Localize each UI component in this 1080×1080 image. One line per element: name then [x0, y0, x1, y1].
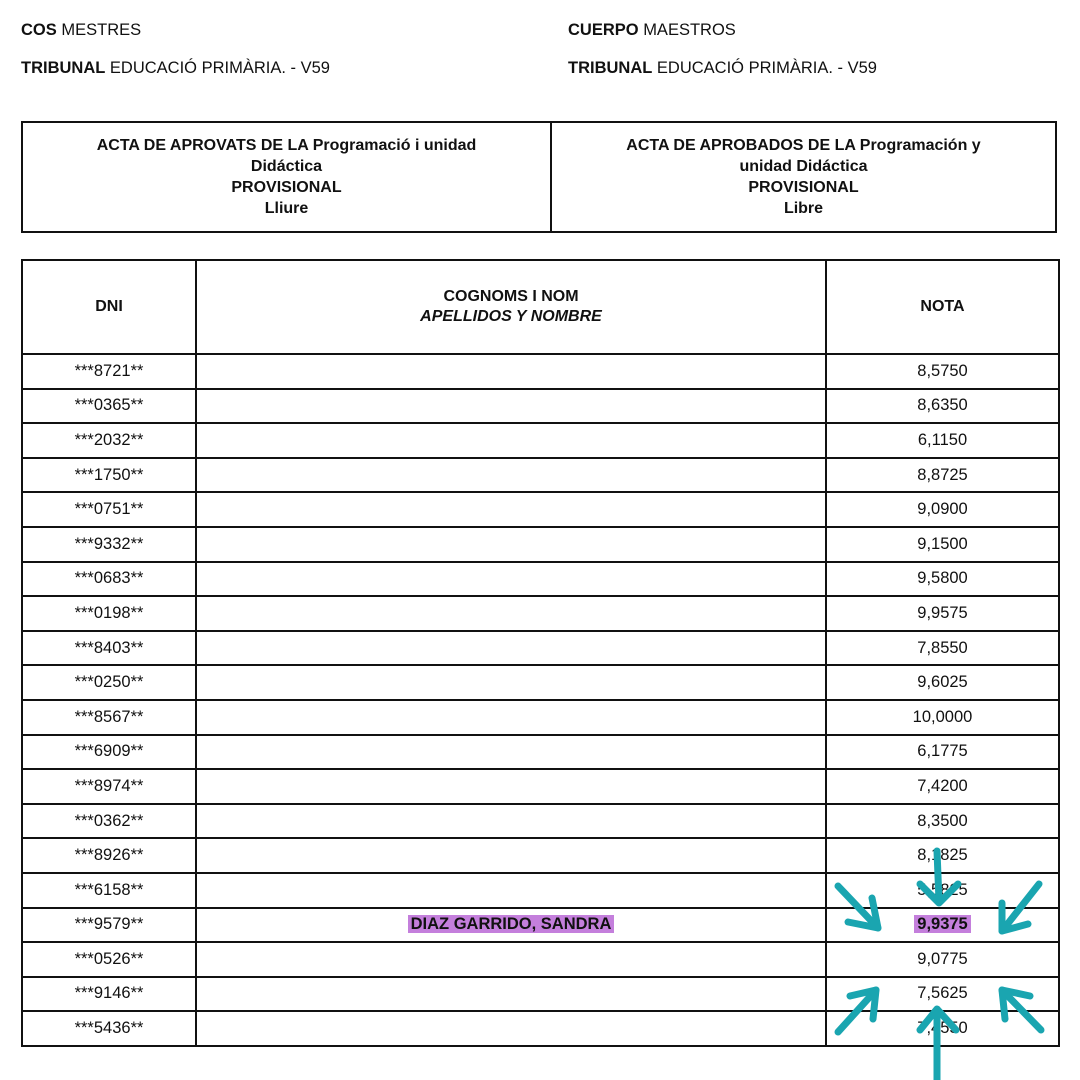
table-header-row: DNI COGNOMS I NOM APELLIDOS Y NOMBRE NOT… [22, 260, 1059, 354]
cell-nota: 6,1775 [826, 735, 1059, 770]
cell-name [196, 665, 826, 700]
cell-dni-text: ***8974** [75, 777, 144, 795]
cell-dni: ***0526** [22, 942, 196, 977]
cell-nota: 8,3500 [826, 804, 1059, 839]
cell-name [196, 804, 826, 839]
cell-dni: ***8974** [22, 769, 196, 804]
cell-nota-text: 9,5800 [917, 569, 967, 587]
cell-name [196, 1011, 826, 1046]
cell-dni-text: ***0751** [75, 500, 144, 518]
cell-nota-text: 6,1775 [917, 742, 967, 760]
column-header-nota: NOTA [826, 260, 1059, 354]
cell-dni-text: ***8567** [75, 708, 144, 726]
cell-dni: ***8567** [22, 700, 196, 735]
header-left-text2: EDUCACIÓ PRIMÀRIA. - V59 [110, 59, 330, 77]
table-body: ***8721**8,5750***0365**8,6350***2032**6… [22, 354, 1059, 1046]
cell-nota-text: 7,4200 [917, 777, 967, 795]
table-row: ***0683**9,5800 [22, 562, 1059, 597]
table-row: ***0250**9,6025 [22, 665, 1059, 700]
header-left-line2: TRIBUNAL EDUCACIÓ PRIMÀRIA. - V59 [21, 58, 330, 78]
header-right-text1: MAESTROS [643, 21, 736, 39]
cell-dni-text: ***9332** [75, 535, 144, 553]
cell-nota-text: 7,4550 [917, 1019, 967, 1037]
title-catalan: ACTA DE APROVATS DE LA Programació i uni… [23, 123, 550, 231]
title-es-access: Libre [784, 198, 823, 219]
title-ca-line2: Didáctica [251, 156, 322, 177]
cell-dni-text: ***0198** [75, 604, 144, 622]
cell-nota: 7,8550 [826, 631, 1059, 666]
cell-dni: ***5436** [22, 1011, 196, 1046]
cell-dni-text: ***1750** [75, 466, 144, 484]
title-ca-status: PROVISIONAL [231, 177, 341, 198]
cell-name [196, 631, 826, 666]
cell-name [196, 942, 826, 977]
cell-dni-text: ***2032** [75, 431, 144, 449]
header-right-line2: TRIBUNAL EDUCACIÓ PRIMÀRIA. - V59 [568, 58, 877, 78]
cell-nota: 9,0900 [826, 492, 1059, 527]
cell-dni: ***6909** [22, 735, 196, 770]
table-row: ***9146**7,5625 [22, 977, 1059, 1012]
table-row: ***0365**8,6350 [22, 389, 1059, 424]
cell-nota: 7,4550 [826, 1011, 1059, 1046]
table-row: ***9332**9,1500 [22, 527, 1059, 562]
cell-nota: 9,5800 [826, 562, 1059, 597]
cell-name [196, 700, 826, 735]
title-es-line1: ACTA DE APROBADOS DE LA Programación y [626, 135, 980, 156]
cell-nota-text: 7,8550 [917, 639, 967, 657]
cell-nota-text: 8,6350 [917, 396, 967, 414]
cell-dni-text: ***9579** [75, 915, 144, 933]
cell-dni: ***1750** [22, 458, 196, 493]
cell-name [196, 389, 826, 424]
cell-nota: 6,1150 [826, 423, 1059, 458]
cell-dni-text: ***8926** [75, 846, 144, 864]
header-right-text2: EDUCACIÓ PRIMÀRIA. - V59 [657, 59, 877, 77]
cell-dni-text: ***8721** [75, 362, 144, 380]
cell-dni-text: ***0250** [75, 673, 144, 691]
cell-dni-text: ***6158** [75, 881, 144, 899]
table-row: ***8403**7,8550 [22, 631, 1059, 666]
cell-nota: 7,4200 [826, 769, 1059, 804]
cell-nota: 9,9375 [826, 908, 1059, 943]
cell-dni: ***0751** [22, 492, 196, 527]
cell-nota: 9,1500 [826, 527, 1059, 562]
header-left-bold2: TRIBUNAL [21, 59, 105, 77]
cell-dni: ***8926** [22, 838, 196, 873]
cell-name [196, 838, 826, 873]
title-es-line2: unidad Didáctica [739, 156, 867, 177]
cell-nota: 7,5625 [826, 977, 1059, 1012]
column-header-name-ca: COGNOMS I NOM [197, 287, 825, 307]
cell-dni: ***0683** [22, 562, 196, 597]
cell-nota-text: 10,0000 [913, 708, 973, 726]
cell-nota-text: 9,0900 [917, 500, 967, 518]
cell-name [196, 562, 826, 597]
cell-nota-text: 9,9575 [917, 604, 967, 622]
title-ca-line1: ACTA DE APROVATS DE LA Programació i uni… [97, 135, 477, 156]
header-right-bold1: CUERPO [568, 21, 639, 39]
cell-nota-text: 8,3500 [917, 812, 967, 830]
table-row: ***2032**6,1150 [22, 423, 1059, 458]
cell-dni-text: ***8403** [75, 639, 144, 657]
column-header-name-es: APELLIDOS Y NOMBRE [420, 308, 602, 325]
table-row: ***9579**DIAZ GARRIDO, SANDRA9,9375 [22, 908, 1059, 943]
cell-nota-text: 9,1500 [917, 535, 967, 553]
cell-nota-text: 8,8725 [917, 466, 967, 484]
title-spanish: ACTA DE APROBADOS DE LA Programación y u… [550, 123, 1055, 231]
grades-table: DNI COGNOMS I NOM APELLIDOS Y NOMBRE NOT… [21, 259, 1060, 1047]
cell-dni: ***9146** [22, 977, 196, 1012]
cell-dni: ***9579** [22, 908, 196, 943]
cell-nota-text: 8,1825 [917, 846, 967, 864]
cell-name [196, 458, 826, 493]
cell-name-text: DIAZ GARRIDO, SANDRA [408, 915, 615, 933]
cell-dni: ***0365** [22, 389, 196, 424]
cell-name [196, 423, 826, 458]
header-left-text1: MESTRES [61, 21, 141, 39]
cell-name [196, 527, 826, 562]
cell-nota-text: 7,5625 [917, 984, 967, 1002]
column-header-name: COGNOMS I NOM APELLIDOS Y NOMBRE [196, 260, 826, 354]
cell-dni: ***2032** [22, 423, 196, 458]
cell-dni-text: ***6909** [75, 742, 144, 760]
header-left-line1: COS MESTRES [21, 20, 141, 40]
table-row: ***8926**8,1825 [22, 838, 1059, 873]
cell-name [196, 769, 826, 804]
cell-dni-text: ***0365** [75, 396, 144, 414]
cell-dni: ***0198** [22, 596, 196, 631]
table-row: ***8721**8,5750 [22, 354, 1059, 389]
cell-nota: 8,6350 [826, 389, 1059, 424]
cell-dni: ***8403** [22, 631, 196, 666]
table-row: ***0751**9,0900 [22, 492, 1059, 527]
table-row: ***8567**10,0000 [22, 700, 1059, 735]
cell-nota: 9,6025 [826, 665, 1059, 700]
cell-nota-text: 9,6025 [917, 673, 967, 691]
cell-dni: ***9332** [22, 527, 196, 562]
cell-name [196, 354, 826, 389]
table-row: ***0526**9,0775 [22, 942, 1059, 977]
table-row: ***0198**9,9575 [22, 596, 1059, 631]
cell-dni-text: ***9146** [75, 984, 144, 1002]
table-row: ***8974**7,4200 [22, 769, 1059, 804]
cell-dni: ***0250** [22, 665, 196, 700]
cell-nota: 9,9575 [826, 596, 1059, 631]
cell-dni: ***0362** [22, 804, 196, 839]
table-row: ***1750**8,8725 [22, 458, 1059, 493]
cell-name [196, 492, 826, 527]
cell-dni: ***6158** [22, 873, 196, 908]
cell-dni-text: ***0526** [75, 950, 144, 968]
table-row: ***0362**8,3500 [22, 804, 1059, 839]
table-row: ***6909**6,1775 [22, 735, 1059, 770]
cell-dni-text: ***0362** [75, 812, 144, 830]
cell-nota-text: 6,1150 [918, 431, 967, 449]
cell-nota: 10,0000 [826, 700, 1059, 735]
header-right-line1: CUERPO MAESTROS [568, 20, 736, 40]
cell-dni: ***8721** [22, 354, 196, 389]
cell-dni-text: ***5436** [75, 1019, 144, 1037]
header-left-bold1: COS [21, 21, 57, 39]
title-es-status: PROVISIONAL [748, 177, 858, 198]
cell-nota: 8,8725 [826, 458, 1059, 493]
header-right-bold2: TRIBUNAL [568, 59, 652, 77]
cell-nota-text: 9,0775 [917, 950, 967, 968]
cell-nota-text: 8,5750 [917, 362, 967, 380]
cell-nota: 9,0775 [826, 942, 1059, 977]
cell-nota: 5,5825 [826, 873, 1059, 908]
cell-nota-text: 9,9375 [914, 915, 970, 933]
cell-nota: 8,1825 [826, 838, 1059, 873]
cell-name [196, 873, 826, 908]
cell-name [196, 596, 826, 631]
cell-nota-text: 5,5825 [917, 881, 967, 899]
cell-nota: 8,5750 [826, 354, 1059, 389]
table-row: ***6158**5,5825 [22, 873, 1059, 908]
cell-name: DIAZ GARRIDO, SANDRA [196, 908, 826, 943]
cell-name [196, 735, 826, 770]
column-header-dni: DNI [22, 260, 196, 354]
cell-name [196, 977, 826, 1012]
document-title-box: ACTA DE APROVATS DE LA Programació i uni… [21, 121, 1057, 233]
title-ca-access: Lliure [265, 198, 309, 219]
cell-dni-text: ***0683** [75, 569, 144, 587]
table-row: ***5436**7,4550 [22, 1011, 1059, 1046]
